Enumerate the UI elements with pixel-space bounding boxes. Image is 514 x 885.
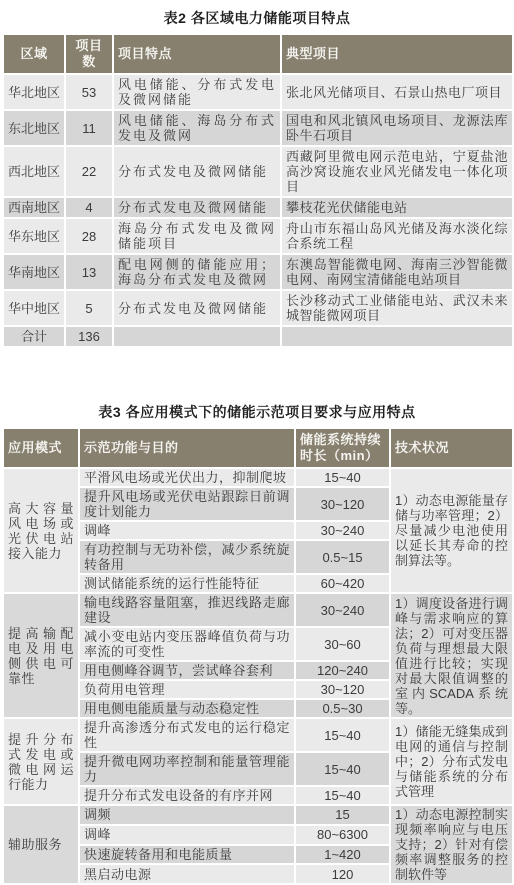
table3-cell-function: 有功控制与无功补偿，减少系统旋转备用 bbox=[79, 540, 295, 574]
table2-row: 华东地区28海岛分布式发电及微网储能项目舟山市东福山岛风光储及海水淡化综合系统工… bbox=[3, 218, 513, 254]
table3-cell-duration: 15 bbox=[295, 805, 390, 825]
table3-header-function: 示范功能与目的 bbox=[79, 428, 295, 468]
table3-cell-duration: 80~6300 bbox=[295, 825, 390, 845]
table3-cell-function: 调峰 bbox=[79, 521, 295, 540]
table2-cell-typical bbox=[281, 326, 513, 347]
table3-cell-duration: 0.5~30 bbox=[295, 699, 390, 718]
table3-cell-mode: 提升分布式发电或微电网运行能力 bbox=[3, 718, 79, 805]
table2-header-features: 项目特点 bbox=[113, 34, 281, 74]
table3-section: 表3 各应用模式下的储能示范项目要求与应用特点 应用模式 示范功能与目的 储能系… bbox=[0, 394, 514, 885]
table3-cell-duration: 30~240 bbox=[295, 593, 390, 627]
table3-cell-duration: 15~40 bbox=[295, 468, 390, 487]
table3-body: 高大容量风电场或光伏电站接入能力平滑风电场或光伏出力，抑制爬坡15~401）动态… bbox=[3, 468, 513, 884]
table2-section: 表2 各区域电力储能项目特点 区域 项目数 项目特点 典型项目 华北地区53风电… bbox=[0, 0, 514, 348]
table3-cell-duration: 15~40 bbox=[295, 752, 390, 786]
table3-cell-duration: 30~240 bbox=[295, 521, 390, 540]
table2-cell-region: 合计 bbox=[3, 326, 65, 347]
table2-cell-region: 华东地区 bbox=[3, 218, 65, 254]
table2-cell-typical: 东澳岛智能微电网、海南三沙智能微电网、南网宝清储能电站项目 bbox=[281, 254, 513, 290]
table3: 应用模式 示范功能与目的 储能系统持续时长（min） 技术状况 高大容量风电场或… bbox=[2, 427, 514, 885]
table2-row: 西北地区22分布式发电及微网储能西藏阿里微电网示范电站，宁夏盐池高沙窝设施农业风… bbox=[3, 146, 513, 197]
table2-cell-typical: 国电和风北镇风电场项目、龙源法库卧牛石项目 bbox=[281, 110, 513, 146]
table2-cell-count: 4 bbox=[65, 197, 113, 218]
table2-header-typical: 典型项目 bbox=[281, 34, 513, 74]
table3-row: 提升分布式发电或微电网运行能力提升高渗透分布式发电的运行稳定性15~401）储能… bbox=[3, 718, 513, 752]
table2-cell-features: 分布式发电及微网储能 bbox=[113, 146, 281, 197]
table3-header-row: 应用模式 示范功能与目的 储能系统持续时长（min） 技术状况 bbox=[3, 428, 513, 468]
table3-header-duration: 储能系统持续时长（min） bbox=[295, 428, 390, 468]
table2: 区域 项目数 项目特点 典型项目 华北地区53风电储能、分布式发电及微网储能张北… bbox=[2, 33, 514, 348]
table3-cell-function: 用电侧峰谷调节，尝试峰谷套利 bbox=[79, 661, 295, 680]
table2-cell-features: 风电储能、分布式发电及微网储能 bbox=[113, 74, 281, 110]
table3-cell-function: 负荷用电管理 bbox=[79, 680, 295, 699]
table2-row: 华北地区53风电储能、分布式发电及微网储能张北风光储项目、石景山热电厂项目 bbox=[3, 74, 513, 110]
table2-header-region: 区域 bbox=[3, 34, 65, 74]
table3-cell-duration: 15~40 bbox=[295, 718, 390, 752]
table2-cell-region: 华中地区 bbox=[3, 290, 65, 326]
table3-cell-function: 提升高渗透分布式发电的运行稳定性 bbox=[79, 718, 295, 752]
table2-cell-features: 分布式发电及微网储能 bbox=[113, 290, 281, 326]
document-page: 表2 各区域电力储能项目特点 区域 项目数 项目特点 典型项目 华北地区53风电… bbox=[0, 0, 514, 885]
table2-cell-region: 华北地区 bbox=[3, 74, 65, 110]
table2-cell-region: 东北地区 bbox=[3, 110, 65, 146]
table2-header-row: 区域 项目数 项目特点 典型项目 bbox=[3, 34, 513, 74]
table3-cell-mode: 辅助服务 bbox=[3, 805, 79, 884]
table2-cell-count: 28 bbox=[65, 218, 113, 254]
table3-cell-duration: 120~240 bbox=[295, 661, 390, 680]
table2-cell-count: 13 bbox=[65, 254, 113, 290]
table2-cell-count: 53 bbox=[65, 74, 113, 110]
table3-cell-function: 测试储能系统的运行性能特征 bbox=[79, 574, 295, 593]
table2-cell-count: 136 bbox=[65, 326, 113, 347]
table2-cell-count: 22 bbox=[65, 146, 113, 197]
table3-cell-mode: 高大容量风电场或光伏电站接入能力 bbox=[3, 468, 79, 593]
table3-title: 表3 各应用模式下的储能示范项目要求与应用特点 bbox=[0, 394, 514, 427]
table3-cell-duration: 0.5~15 bbox=[295, 540, 390, 574]
table2-cell-count: 5 bbox=[65, 290, 113, 326]
table3-header-tech: 技术状况 bbox=[390, 428, 513, 468]
table3-cell-tech: 1）储能无缝集成到电网的通信与控制中；2）分布式发电与储能系统的分布式管理 bbox=[390, 718, 513, 805]
table2-cell-typical: 长沙移动式工业储能电站、武汉未来城智能微网项目 bbox=[281, 290, 513, 326]
table2-cell-features: 风电储能、海岛分布式发电及微网 bbox=[113, 110, 281, 146]
table2-cell-region: 华南地区 bbox=[3, 254, 65, 290]
table3-cell-duration: 30~120 bbox=[295, 680, 390, 699]
table3-row: 辅助服务调频151）动态电源控制实现频率响应与电压支持；2）针对有偿频率调整服务… bbox=[3, 805, 513, 825]
table3-cell-function: 输电线路容量阻塞，推迟线路走廊建设 bbox=[79, 593, 295, 627]
table2-row: 西南地区4分布式发电及微网储能攀枝花光伏储能电站 bbox=[3, 197, 513, 218]
table3-cell-function: 提升分布式发电设备的有序并网 bbox=[79, 786, 295, 805]
table2-body: 华北地区53风电储能、分布式发电及微网储能张北风光储项目、石景山热电厂项目东北地… bbox=[3, 74, 513, 347]
table2-cell-features: 海岛分布式发电及微网储能项目 bbox=[113, 218, 281, 254]
table3-cell-function: 用电侧电能质量与动态稳定性 bbox=[79, 699, 295, 718]
table2-title: 表2 各区域电力储能项目特点 bbox=[0, 0, 514, 33]
table3-cell-function: 提升风电场或光伏电站跟踪日前调度计划能力 bbox=[79, 487, 295, 521]
table3-cell-function: 减小变电站内变压器峰值负荷与功率流的可变性 bbox=[79, 627, 295, 661]
table2-cell-features: 配电网侧的储能应用；海岛分布式发电及微网 bbox=[113, 254, 281, 290]
table2-header-count: 项目数 bbox=[65, 34, 113, 74]
table3-header-mode: 应用模式 bbox=[3, 428, 79, 468]
table2-row: 合计136 bbox=[3, 326, 513, 347]
table3-cell-duration: 60~420 bbox=[295, 574, 390, 593]
table3-cell-function: 提升微电网功率控制和能量管理能力 bbox=[79, 752, 295, 786]
table2-cell-typical: 西藏阿里微电网示范电站，宁夏盐池高沙窝设施农业风光储发电一体化项目 bbox=[281, 146, 513, 197]
table3-cell-duration: 30~60 bbox=[295, 627, 390, 661]
table3-cell-duration: 1~420 bbox=[295, 845, 390, 865]
table2-cell-count: 11 bbox=[65, 110, 113, 146]
table3-cell-function: 快速旋转备用和电能质量 bbox=[79, 845, 295, 865]
table3-row: 高大容量风电场或光伏电站接入能力平滑风电场或光伏出力，抑制爬坡15~401）动态… bbox=[3, 468, 513, 487]
table3-cell-function: 调频 bbox=[79, 805, 295, 825]
table3-cell-duration: 15~40 bbox=[295, 786, 390, 805]
table3-cell-duration: 30~120 bbox=[295, 487, 390, 521]
table2-row: 华南地区13配电网侧的储能应用；海岛分布式发电及微网东澳岛智能微电网、海南三沙智… bbox=[3, 254, 513, 290]
table2-cell-typical: 张北风光储项目、石景山热电厂项目 bbox=[281, 74, 513, 110]
table3-cell-tech: 1）动态电源控制实现频率响应与电压支持；2）针对有偿频率调整服务的控制软件等 bbox=[390, 805, 513, 884]
table3-cell-duration: 120 bbox=[295, 864, 390, 884]
table3-cell-function: 调峰 bbox=[79, 825, 295, 845]
table2-cell-typical: 舟山市东福山岛风光储及海水淡化综合系统工程 bbox=[281, 218, 513, 254]
table2-cell-typical: 攀枝花光伏储能电站 bbox=[281, 197, 513, 218]
table2-cell-features: 分布式发电及微网储能 bbox=[113, 197, 281, 218]
table2-row: 华中地区5分布式发电及微网储能长沙移动式工业储能电站、武汉未来城智能微网项目 bbox=[3, 290, 513, 326]
table3-cell-tech: 1）动态电源能量存储与功率管理；2）尽量减少电池使用以延长其寿命的控制算法等。 bbox=[390, 468, 513, 593]
table3-cell-function: 平滑风电场或光伏出力，抑制爬坡 bbox=[79, 468, 295, 487]
table3-row: 提高输配电及用电侧供电可靠性输电线路容量阻塞，推迟线路走廊建设30~2401）调… bbox=[3, 593, 513, 627]
table2-cell-features bbox=[113, 326, 281, 347]
table2-cell-region: 西南地区 bbox=[3, 197, 65, 218]
table2-row: 东北地区11风电储能、海岛分布式发电及微网国电和风北镇风电场项目、龙源法库卧牛石… bbox=[3, 110, 513, 146]
table2-cell-region: 西北地区 bbox=[3, 146, 65, 197]
table3-cell-function: 黑启动电源 bbox=[79, 864, 295, 884]
table3-cell-mode: 提高输配电及用电侧供电可靠性 bbox=[3, 593, 79, 718]
table3-cell-tech: 1）调度设备进行调峰与需求响应的算法；2）可对变压器负荷与理想最大限值进行比较；… bbox=[390, 593, 513, 718]
